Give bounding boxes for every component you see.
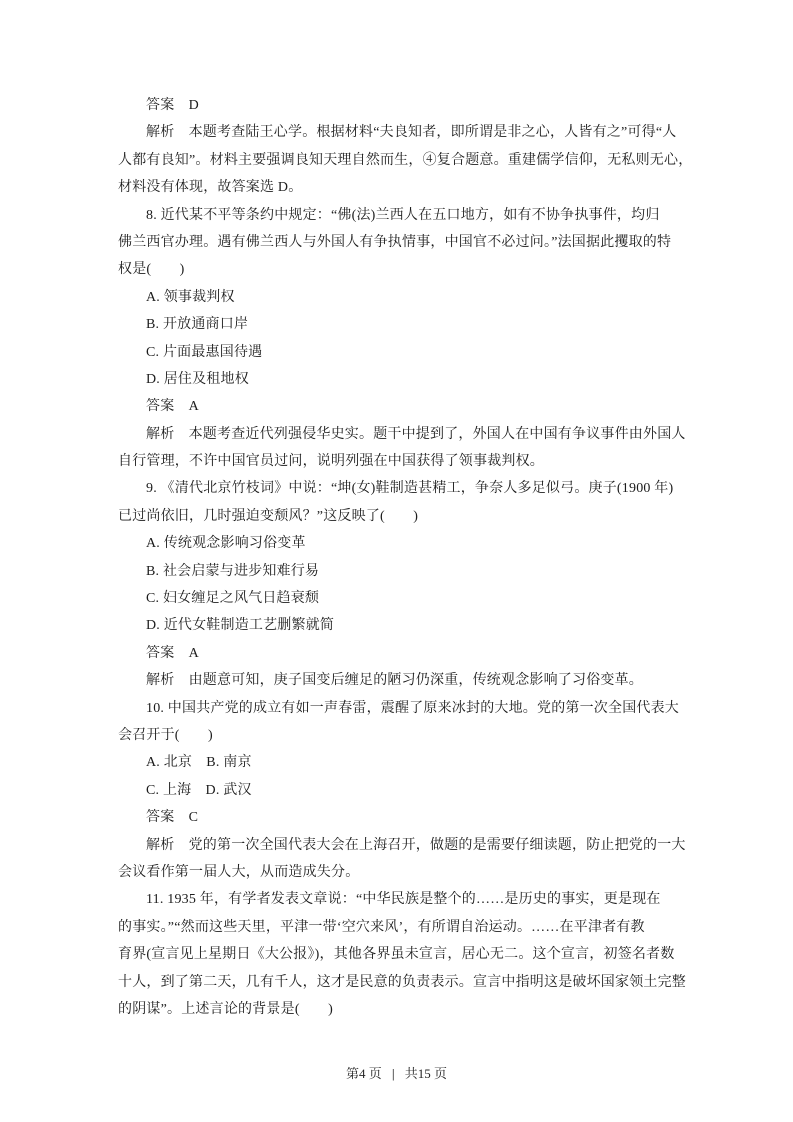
text-line: 会召开于( ) (118, 722, 676, 749)
text-line: 答案 D (118, 92, 676, 119)
text-line: 自行管理，不许中国官员过问，说明列强在中国获得了领事裁判权。 (118, 448, 676, 475)
q8-answer: 答案 A (118, 393, 676, 420)
page-footer: 第4 页|共15 页 (0, 1064, 793, 1084)
text-line: 答案 A (118, 393, 676, 420)
q10-options-ab: A. 北京 B. 南京 (118, 749, 676, 776)
text-line: 材料没有体现，故答案选 D。 (118, 174, 676, 201)
q9-option-d: D. 近代女鞋制造工艺删繁就简 (118, 612, 676, 639)
q10-answer: 答案 C (118, 804, 676, 831)
q8-option-d: D. 居住及租地权 (118, 366, 676, 393)
text-line: B. 开放通商口岸 (118, 311, 676, 338)
text-line: A. 领事裁判权 (118, 284, 676, 311)
q8-option-a: A. 领事裁判权 (118, 284, 676, 311)
q8-analysis: 解析 本题考查近代列强侵华史实。题干中提到了，外国人在中国有争议事件由外国人 自… (118, 421, 676, 476)
q10-options-cd: C. 上海 D. 武汉 (118, 777, 676, 804)
text-line: 的事实。”“然而这些天里，平津一带‘空穴来风’，有所谓自治运动。……在平津者有教 (118, 914, 676, 941)
text-line: C. 妇女缠足之风气日趋衰颓 (118, 585, 676, 612)
text-line: 的阴谋”。上述言论的背景是( ) (118, 996, 676, 1023)
text-line: 十人，到了第二天，几有千人，这才是民意的负责表示。宣言中指明这是破坏国家领土完整 (118, 969, 676, 996)
text-line: D. 近代女鞋制造工艺删繁就简 (118, 612, 676, 639)
footer-separator: | (392, 1064, 395, 1084)
text-line: 解析 由题意可知，庚子国变后缠足的陋习仍深重，传统观念影响了习俗变革。 (118, 667, 676, 694)
text-line: 育界(宣言见上星期日《大公报》)，其他各界虽未宣言，居心无二。这个宣言，初签名者… (118, 941, 676, 968)
text-line: 佛兰西官办理。遇有佛兰西人与外国人有争执情事，中国官不必过问。”法国据此攫取的特 (118, 229, 676, 256)
text-line: C. 片面最惠国待遇 (118, 339, 676, 366)
q9-question: 9. 《清代北京竹枝词》中说：“坤(女)鞋制造甚精工，争奈人多足似弓。庚子(19… (118, 475, 676, 530)
text-line: B. 社会启蒙与进步知难行易 (118, 558, 676, 585)
text-line: 解析 本题考查近代列强侵华史实。题干中提到了，外国人在中国有争议事件由外国人 (118, 421, 676, 448)
text-line: C. 上海 D. 武汉 (118, 777, 676, 804)
document-page: { "page": { "background": "#ffffff", "te… (0, 0, 793, 1122)
q9-option-b: B. 社会启蒙与进步知难行易 (118, 558, 676, 585)
q7-answer: 答案 D (118, 92, 676, 119)
q11-question: 11. 1935 年，有学者发表文章说：“中华民族是整个的……是历史的事实，更是… (118, 886, 676, 1023)
text-line: 答案 C (118, 804, 676, 831)
footer-page-current: 第4 页 (346, 1066, 382, 1081)
text-line: 答案 A (118, 640, 676, 667)
q9-option-a: A. 传统观念影响习俗变革 (118, 530, 676, 557)
text-line: D. 居住及租地权 (118, 366, 676, 393)
q9-answer: 答案 A (118, 640, 676, 667)
q8-option-c: C. 片面最惠国待遇 (118, 339, 676, 366)
text-line: 解析 党的第一次全国代表大会在上海召开，做题的是需要仔细读题，防止把党的一大 (118, 832, 676, 859)
q8-option-b: B. 开放通商口岸 (118, 311, 676, 338)
text-line: 会议看作第一届人大，从而造成失分。 (118, 859, 676, 886)
q9-analysis: 解析 由题意可知，庚子国变后缠足的陋习仍深重，传统观念影响了习俗变革。 (118, 667, 676, 694)
text-line: 9. 《清代北京竹枝词》中说：“坤(女)鞋制造甚精工，争奈人多足似弓。庚子(19… (118, 475, 676, 502)
text-line: 解析 本题考查陆王心学。根据材料“夫良知者，即所谓是非之心，人皆有之”可得“人 (118, 119, 676, 146)
q8-question: 8. 近代某不平等条约中规定：“佛(法)兰西人在五口地方，如有不协争执事件，均归… (118, 202, 676, 284)
text-line: 人都有良知”。材料主要强调良知天理自然而生，④复合题意。重建儒学信仰，无私则无心… (118, 147, 676, 174)
footer-page-total: 共15 页 (405, 1066, 447, 1081)
text-line: 10. 中国共产党的成立有如一声春雷，震醒了原来冰封的大地。党的第一次全国代表大 (118, 695, 676, 722)
text-line: A. 北京 B. 南京 (118, 749, 676, 776)
q7-analysis: 解析 本题考查陆王心学。根据材料“夫良知者，即所谓是非之心，人皆有之”可得“人 … (118, 119, 676, 201)
q10-analysis: 解析 党的第一次全国代表大会在上海召开，做题的是需要仔细读题，防止把党的一大 会… (118, 832, 676, 887)
text-line: 权是( ) (118, 256, 676, 283)
text-line: A. 传统观念影响习俗变革 (118, 530, 676, 557)
q10-question: 10. 中国共产党的成立有如一声春雷，震醒了原来冰封的大地。党的第一次全国代表大… (118, 695, 676, 750)
exam-text-body: 答案 D 解析 本题考查陆王心学。根据材料“夫良知者，即所谓是非之心，人皆有之”… (118, 92, 676, 1023)
text-line: 已过尚依旧，几时强迫变颓风？”这反映了( ) (118, 503, 676, 530)
q9-option-c: C. 妇女缠足之风气日趋衰颓 (118, 585, 676, 612)
text-line: 8. 近代某不平等条约中规定：“佛(法)兰西人在五口地方，如有不协争执事件，均归 (118, 202, 676, 229)
text-line: 11. 1935 年，有学者发表文章说：“中华民族是整个的……是历史的事实，更是… (118, 886, 676, 913)
